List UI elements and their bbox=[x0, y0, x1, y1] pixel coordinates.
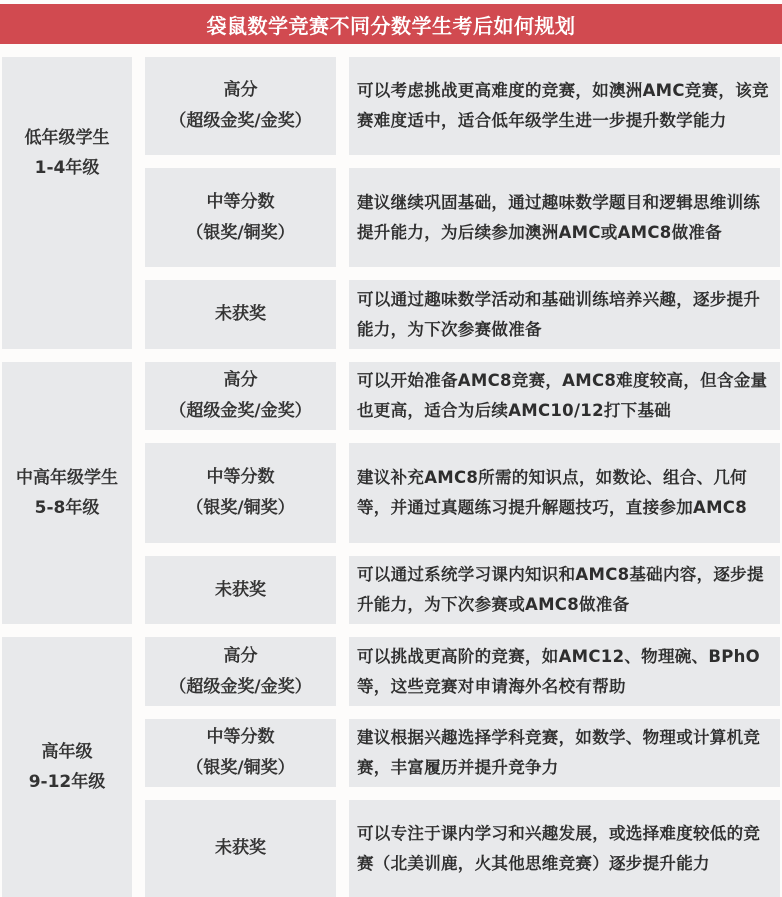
grade-range: 9-12年级 bbox=[29, 767, 106, 797]
score-label: 未获奖 bbox=[215, 575, 266, 606]
advice-text: 建议继续巩固基础，通过趣味数学题目和逻辑思维训练提升能力，为后续参加澳洲AMC或… bbox=[357, 188, 772, 248]
advice-cell: 可以开始准备AMC8竞赛，AMC8难度较高，但含金量也更高，适合为后续AMC10… bbox=[349, 362, 780, 430]
score-label: 中等分数 bbox=[207, 187, 275, 218]
score-label: 未获奖 bbox=[215, 833, 266, 864]
advice-cell: 建议补充AMC8所需的知识点，如数论、组合、几何等，并通过真题练习提升解题技巧，… bbox=[349, 443, 780, 543]
advice-cell: 建议根据兴趣选择学科竞赛，如数学、物理或计算机竞赛，丰富履历并提升竞争力 bbox=[349, 719, 780, 787]
grade-label: 中高年级学生 bbox=[16, 463, 118, 493]
advice-cell: 可以挑战更高阶的竞赛，如AMC12、物理碗、BPhO等，这些竞赛对申请海外名校有… bbox=[349, 637, 780, 706]
table-title: 袋鼠数学竞赛不同分数学生考后如何规划 bbox=[0, 4, 782, 44]
score-label: 高分 bbox=[224, 365, 258, 396]
score-cell: 未获奖 bbox=[145, 800, 336, 897]
score-label: 高分 bbox=[224, 641, 258, 672]
grade-cell-upper: 高年级 9-12年级 bbox=[2, 637, 132, 897]
advice-text: 可以通过系统学习课内知识和AMC8基础内容，逐步提升能力，为下次参赛或AMC8做… bbox=[357, 560, 772, 620]
score-award: （超级金奖/金奖） bbox=[169, 396, 311, 427]
grade-cell-lower: 低年级学生 1-4年级 bbox=[2, 57, 132, 349]
score-award: （银奖/铜奖） bbox=[186, 753, 294, 784]
score-cell: 高分 （超级金奖/金奖） bbox=[145, 57, 336, 155]
grade-cell-middle: 中高年级学生 5-8年级 bbox=[2, 362, 132, 624]
grade-range: 1-4年级 bbox=[35, 153, 100, 183]
advice-text: 可以考虑挑战更高难度的竞赛，如澳洲AMC竞赛，该竞赛难度适中，适合低年级学生进一… bbox=[357, 76, 772, 136]
advice-cell: 可以通过趣味数学活动和基础训练培养兴趣，逐步提升能力，为下次参赛做准备 bbox=[349, 280, 780, 349]
advice-cell: 建议继续巩固基础，通过趣味数学题目和逻辑思维训练提升能力，为后续参加澳洲AMC或… bbox=[349, 168, 780, 267]
score-award: （超级金奖/金奖） bbox=[169, 672, 311, 703]
advice-text: 建议补充AMC8所需的知识点，如数论、组合、几何等，并通过真题练习提升解题技巧，… bbox=[357, 463, 772, 523]
grade-label: 低年级学生 bbox=[25, 123, 110, 153]
advice-text: 建议根据兴趣选择学科竞赛，如数学、物理或计算机竞赛，丰富履历并提升竞争力 bbox=[357, 723, 772, 783]
advice-text: 可以挑战更高阶的竞赛，如AMC12、物理碗、BPhO等，这些竞赛对申请海外名校有… bbox=[357, 642, 772, 702]
advice-text: 可以专注于课内学习和兴趣发展，或选择难度较低的竞赛（北美训鹿，火其他思维竞赛）逐… bbox=[357, 819, 772, 879]
advice-text: 可以开始准备AMC8竞赛，AMC8难度较高，但含金量也更高，适合为后续AMC10… bbox=[357, 366, 772, 426]
score-cell: 中等分数 （银奖/铜奖） bbox=[145, 168, 336, 267]
score-cell: 未获奖 bbox=[145, 280, 336, 349]
score-label: 高分 bbox=[224, 75, 258, 106]
score-cell: 未获奖 bbox=[145, 556, 336, 624]
score-label: 未获奖 bbox=[215, 299, 266, 330]
score-award: （超级金奖/金奖） bbox=[169, 106, 311, 137]
score-award: （银奖/铜奖） bbox=[186, 493, 294, 524]
score-cell: 中等分数 （银奖/铜奖） bbox=[145, 719, 336, 787]
score-label: 中等分数 bbox=[207, 462, 275, 493]
advice-text: 可以通过趣味数学活动和基础训练培养兴趣，逐步提升能力，为下次参赛做准备 bbox=[357, 285, 772, 345]
advice-cell: 可以专注于课内学习和兴趣发展，或选择难度较低的竞赛（北美训鹿，火其他思维竞赛）逐… bbox=[349, 800, 780, 897]
grade-label: 高年级 bbox=[42, 737, 93, 767]
score-cell: 高分 （超级金奖/金奖） bbox=[145, 637, 336, 706]
score-label: 中等分数 bbox=[207, 722, 275, 753]
advice-cell: 可以考虑挑战更高难度的竞赛，如澳洲AMC竞赛，该竞赛难度适中，适合低年级学生进一… bbox=[349, 57, 780, 155]
advice-cell: 可以通过系统学习课内知识和AMC8基础内容，逐步提升能力，为下次参赛或AMC8做… bbox=[349, 556, 780, 624]
grade-range: 5-8年级 bbox=[35, 493, 100, 523]
score-cell: 高分 （超级金奖/金奖） bbox=[145, 362, 336, 430]
score-cell: 中等分数 （银奖/铜奖） bbox=[145, 443, 336, 543]
score-award: （银奖/铜奖） bbox=[186, 218, 294, 249]
